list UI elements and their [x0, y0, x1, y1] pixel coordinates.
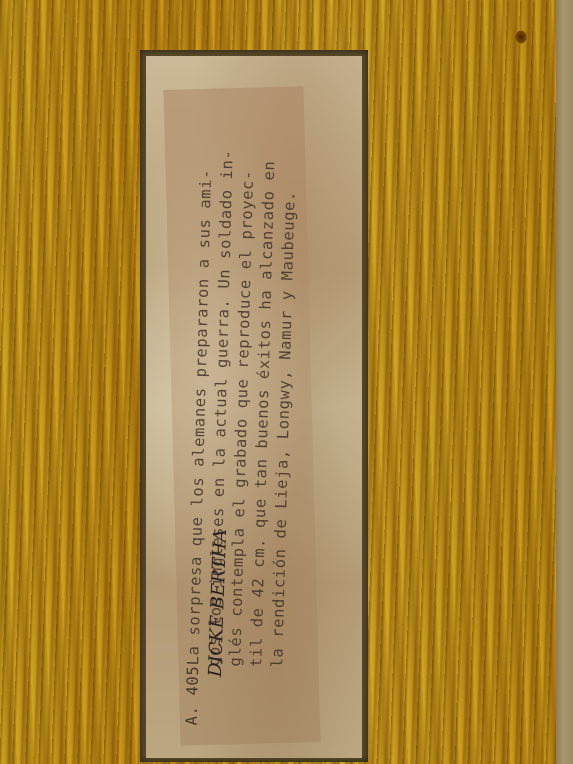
caption-text: A. 405 La sorpresa que los alemanes prep… [182, 83, 339, 726]
wall-edge [556, 0, 573, 764]
reference-number: A. 405 [182, 665, 205, 725]
wood-knot [515, 30, 527, 44]
